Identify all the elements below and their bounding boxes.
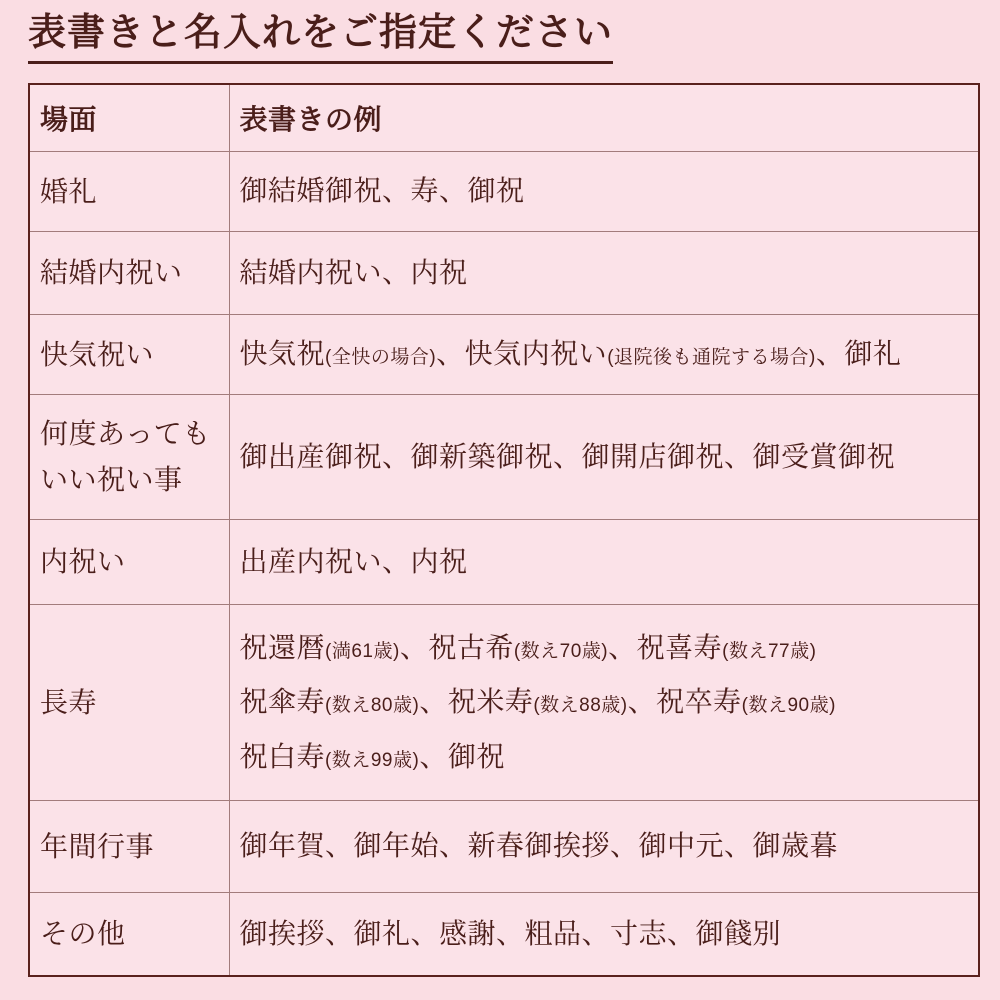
- example-text: 御出産御祝、御新築御祝、御開店御祝、御受賞御祝: [240, 441, 896, 472]
- note-text: (全快の場合): [325, 347, 436, 368]
- example-text: 祝傘寿: [240, 686, 326, 717]
- page: 表書きと名入れをご指定ください 場面 表書きの例 婚礼御結婚御祝、寿、御祝結婚内…: [0, 0, 1000, 1000]
- header-examples: 表書きの例: [229, 84, 979, 152]
- scene-cell: 快気祝い: [29, 315, 229, 395]
- examples-cell: 御結婚御祝、寿、御祝: [229, 152, 979, 232]
- table-row: 内祝い出産内祝い、内祝: [29, 520, 979, 605]
- table-row: 快気祝い快気祝(全快の場合)、快気内祝い(退院後も通院する場合)、御礼: [29, 315, 979, 395]
- scene-cell: 婚礼: [29, 152, 229, 232]
- scene-cell: 年間行事: [29, 801, 229, 893]
- scene-cell: その他: [29, 893, 229, 976]
- note-text: (満61歳): [325, 641, 400, 662]
- examples-cell: 快気祝(全快の場合)、快気内祝い(退院後も通院する場合)、御礼: [229, 315, 979, 395]
- note-text: (数え70歳): [514, 641, 608, 662]
- table-row: その他御挨拶、御礼、感謝、粗品、寸志、御餞別: [29, 893, 979, 976]
- scene-cell: 長寿: [29, 605, 229, 801]
- scene-line: 何度あっても: [40, 411, 221, 457]
- example-text: 御年賀、御年始、新春御挨拶、御中元、御歳暮: [240, 830, 839, 861]
- example-line: 快気祝(全快の場合)、快気内祝い(退院後も通院する場合)、御礼: [240, 327, 971, 382]
- example-text: 、祝卒寿: [628, 686, 742, 717]
- scene-line: 内祝い: [40, 539, 221, 585]
- header-scene: 場面: [29, 84, 229, 152]
- examples-cell: 結婚内祝い、内祝: [229, 232, 979, 315]
- example-line: 御出産御祝、御新築御祝、御開店御祝、御受賞御祝: [240, 430, 971, 485]
- table-body: 婚礼御結婚御祝、寿、御祝結婚内祝い結婚内祝い、内祝快気祝い快気祝(全快の場合)、…: [29, 152, 979, 976]
- table-row: 年間行事御年賀、御年始、新春御挨拶、御中元、御歳暮: [29, 801, 979, 893]
- scene-cell: 内祝い: [29, 520, 229, 605]
- example-text: 、御祝: [419, 741, 505, 772]
- scene-line: 婚礼: [40, 169, 221, 215]
- examples-cell: 出産内祝い、内祝: [229, 520, 979, 605]
- note-text: (数え99歳): [325, 750, 419, 771]
- example-line: 御結婚御祝、寿、御祝: [240, 164, 971, 219]
- example-text: 祝白寿: [240, 741, 326, 772]
- table-row: 何度あってもいい祝い事御出産御祝、御新築御祝、御開店御祝、御受賞御祝: [29, 395, 979, 520]
- table-header-row: 場面 表書きの例: [29, 84, 979, 152]
- example-line: 祝還暦(満61歳)、祝古希(数え70歳)、祝喜寿(数え77歳): [240, 621, 971, 676]
- example-text: 、祝喜寿: [608, 632, 722, 663]
- note-text: (数え80歳): [325, 695, 419, 716]
- example-text: 快気祝: [240, 338, 326, 369]
- scene-line: 年間行事: [40, 824, 221, 870]
- example-text: 祝還暦: [240, 632, 326, 663]
- table-row: 婚礼御結婚御祝、寿、御祝: [29, 152, 979, 232]
- note-text: (数え90歳): [742, 695, 836, 716]
- example-line: 御年賀、御年始、新春御挨拶、御中元、御歳暮: [240, 819, 971, 874]
- example-line: 結婚内祝い、内祝: [240, 246, 971, 301]
- scene-line: 結婚内祝い: [40, 250, 221, 296]
- example-text: 、快気内祝い: [436, 338, 607, 369]
- table-row: 長寿祝還暦(満61歳)、祝古希(数え70歳)、祝喜寿(数え77歳)祝傘寿(数え8…: [29, 605, 979, 801]
- examples-cell: 御年賀、御年始、新春御挨拶、御中元、御歳暮: [229, 801, 979, 893]
- scene-line: いい祝い事: [40, 457, 221, 503]
- example-text: 御結婚御祝、寿、御祝: [240, 175, 525, 206]
- scene-line: 快気祝い: [40, 332, 221, 378]
- example-line: 祝白寿(数え99歳)、御祝: [240, 730, 971, 785]
- examples-cell: 祝還暦(満61歳)、祝古希(数え70歳)、祝喜寿(数え77歳)祝傘寿(数え80歳…: [229, 605, 979, 801]
- page-title: 表書きと名入れをご指定ください: [28, 12, 980, 64]
- scene-line: 長寿: [40, 680, 221, 726]
- scene-cell: 結婚内祝い: [29, 232, 229, 315]
- note-text: (退院後も通院する場合): [607, 347, 816, 368]
- example-text: 、祝米寿: [419, 686, 533, 717]
- table-row: 結婚内祝い結婚内祝い、内祝: [29, 232, 979, 315]
- example-text: 、御礼: [816, 338, 902, 369]
- example-text: 出産内祝い、内祝: [240, 546, 468, 577]
- note-text: (数え88歳): [533, 695, 627, 716]
- example-line: 祝傘寿(数え80歳)、祝米寿(数え88歳)、祝卒寿(数え90歳): [240, 675, 971, 730]
- example-line: 御挨拶、御礼、感謝、粗品、寸志、御餞別: [240, 907, 971, 962]
- examples-cell: 御挨拶、御礼、感謝、粗品、寸志、御餞別: [229, 893, 979, 976]
- example-line: 出産内祝い、内祝: [240, 535, 971, 590]
- example-text: 、祝古希: [400, 632, 514, 663]
- omotegaki-table: 場面 表書きの例 婚礼御結婚御祝、寿、御祝結婚内祝い結婚内祝い、内祝快気祝い快気…: [28, 83, 980, 977]
- example-text: 御挨拶、御礼、感謝、粗品、寸志、御餞別: [240, 918, 782, 949]
- examples-cell: 御出産御祝、御新築御祝、御開店御祝、御受賞御祝: [229, 395, 979, 520]
- scene-cell: 何度あってもいい祝い事: [29, 395, 229, 520]
- example-text: 結婚内祝い、内祝: [240, 257, 468, 288]
- page-title-text: 表書きと名入れをご指定ください: [28, 12, 613, 64]
- note-text: (数え77歳): [722, 641, 816, 662]
- scene-line: その他: [40, 911, 221, 957]
